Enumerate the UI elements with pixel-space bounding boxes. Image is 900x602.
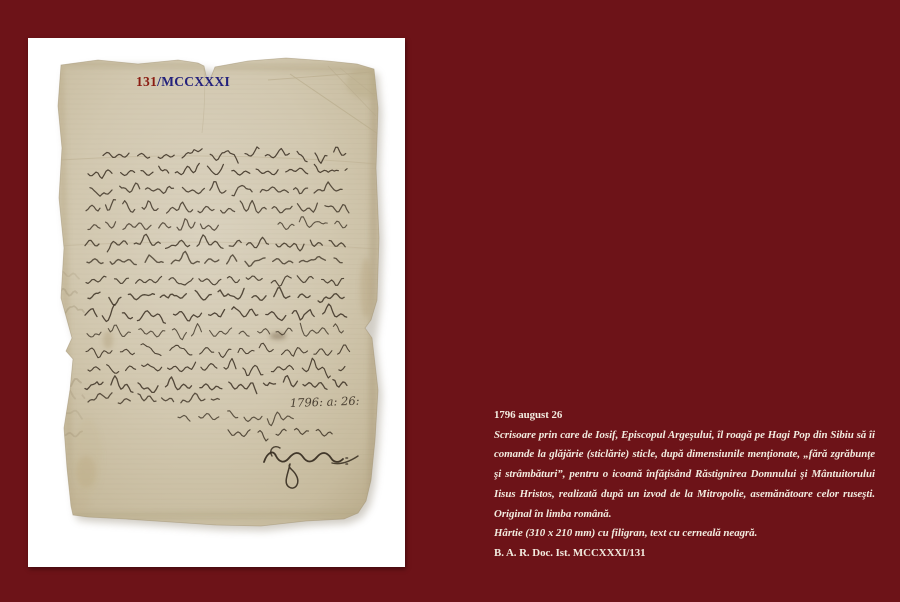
caption-date-heading: 1796 august 26: [494, 406, 875, 426]
caption-material-note: Hârtie (310 x 210 mm) cu filigran, text …: [494, 524, 875, 544]
page-background: 1796: a: 26: 131/MCCXXXI 1796 august 26 …: [0, 0, 900, 602]
caption-summary: Scrisoare prin care de Iosif, Episcopul …: [494, 426, 875, 525]
caption-block: 1796 august 26 Scrisoare prin care de Io…: [494, 406, 875, 564]
stamp-roman-numeral: /MCCXXXI: [157, 74, 230, 89]
manuscript-plate: 1796: a: 26: 131/MCCXXXI: [28, 38, 405, 567]
manuscript-date-inscription: 1796: a: 26:: [290, 394, 360, 410]
caption-reference: B. A. R. Doc. Ist. MCCXXXI/131: [494, 544, 875, 564]
stamp-number: 131: [136, 74, 157, 89]
catalog-stamp: 131/MCCXXXI: [136, 75, 230, 89]
manuscript-photo: 1796: a: 26:: [28, 38, 405, 567]
